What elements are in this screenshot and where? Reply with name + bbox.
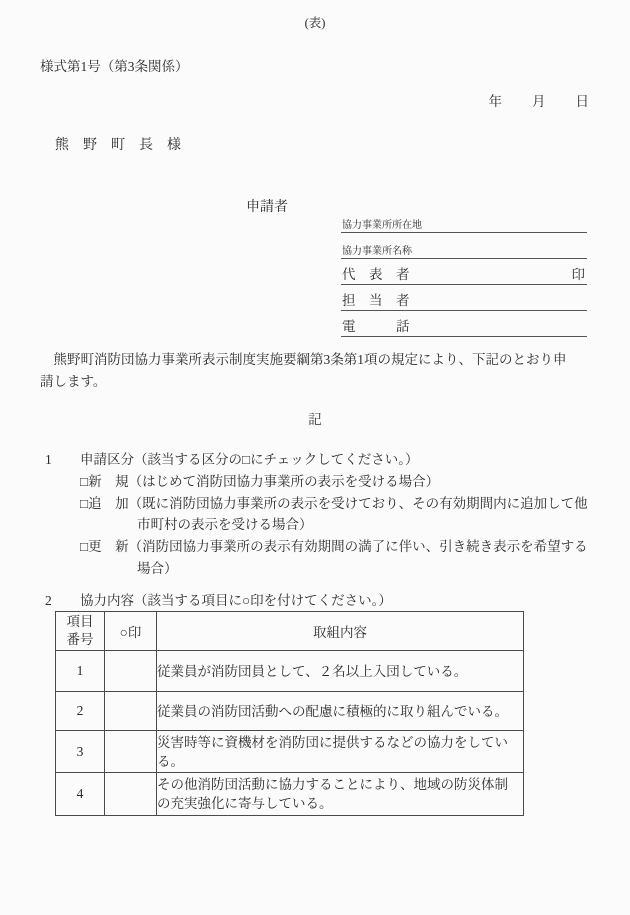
section1-number: 1	[45, 452, 80, 468]
date-placeholder-line: 年 月 日	[489, 90, 591, 110]
mark-cell	[105, 651, 157, 692]
table-row: 3 災害時等に資機材を消防団に提供するなどの協力をしてい る。	[56, 731, 524, 773]
mark-cell	[105, 692, 157, 731]
option-renewal-continuation: 場合）	[137, 557, 178, 577]
section2-title: 協力内容（該当する項目に○印を付けてください。）	[80, 593, 392, 608]
mark-cell	[105, 773, 157, 816]
option-additional-text: 追 加（既に消防団協力事業所の表示を受けており、その有効期間内に追加して他	[88, 496, 588, 511]
option-new-text: 新 規（はじめて消防団協力事業所の表示を受ける場合）	[88, 474, 439, 489]
addressee-mayor: 熊 野 町 長 様	[55, 134, 181, 154]
statement-line-2: 請します。	[40, 371, 567, 393]
applicant-fields-block: 協力事業所所在地 協力事業所名称 代 表 者 印 担 当 者 電 話	[341, 209, 587, 337]
representative-label: 代 表 者	[342, 263, 410, 283]
application-statement: 熊野町消防団協力事業所表示制度実施要綱第3条第1項の規定により、下記のとおり申 …	[40, 349, 567, 393]
statement-line-1: 熊野町消防団協力事業所表示制度実施要綱第3条第1項の規定により、下記のとおり申	[40, 349, 567, 371]
form-number: 様式第1号（第3条関係）	[40, 55, 189, 75]
section2-heading: 2協力内容（該当する項目に○印を付けてください。）	[45, 589, 392, 609]
header-item-number: 項目 番号	[56, 612, 105, 651]
checkbox-icon: □	[80, 496, 88, 511]
option-new: □新 規（はじめて消防団協力事業所の表示を受ける場合）	[80, 470, 439, 490]
header-mark: ○印	[105, 612, 157, 651]
cooperation-content-table: 項目 番号 ○印 取組内容 1 従業員が消防団員として、２名以上入団している。 …	[55, 611, 524, 816]
option-additional-continuation: 市町村の表示を受ける場合）	[137, 513, 313, 533]
content-cell: 従業員の消防団活動への配慮に積極的に取り組んでいる。	[157, 692, 524, 731]
application-form-page: (表) 様式第1号（第3条関係） 年 月 日 熊 野 町 長 様 申請者 協力事…	[0, 0, 630, 915]
field-row-representative: 代 表 者 印	[341, 259, 587, 285]
header-content: 取組内容	[157, 612, 524, 651]
section1-heading: 1申請区分（該当する区分の□にチェックしてください。）	[45, 448, 419, 468]
seal-mark: 印	[572, 263, 586, 283]
telephone-label: 電 話	[342, 315, 410, 335]
checkbox-icon: □	[80, 474, 88, 489]
content-cell: 災害時等に資機材を消防団に提供するなどの協力をしてい る。	[157, 731, 524, 773]
ki-separator-label: 記	[0, 408, 630, 428]
field-row-office-address: 協力事業所所在地	[341, 209, 587, 233]
option-additional: □追 加（既に消防団協力事業所の表示を受けており、その有効期間内に追加して他	[80, 492, 588, 512]
front-side-label: (表)	[0, 13, 630, 31]
mark-cell	[105, 731, 157, 773]
contact-person-label: 担 当 者	[342, 289, 410, 309]
option-renewal: □更 新（消防団協力事業所の表示有効期間の満了に伴い、引き続き表示を希望する	[80, 535, 588, 555]
section2-number: 2	[45, 593, 80, 609]
option-renewal-text: 更 新（消防団協力事業所の表示有効期間の満了に伴い、引き続き表示を希望する	[88, 539, 588, 554]
field-row-telephone: 電 話	[341, 311, 587, 337]
section1-title: 申請区分（該当する区分の□にチェックしてください。）	[80, 452, 419, 467]
table-row: 2 従業員の消防団活動への配慮に積極的に取り組んでいる。	[56, 692, 524, 731]
item-number-cell: 2	[56, 692, 105, 731]
item-number-cell: 3	[56, 731, 105, 773]
field-row-office-name: 協力事業所名称	[341, 233, 587, 259]
content-cell: その他消防団活動に協力することにより、地域の防災体制 の充実強化に寄与している。	[157, 773, 524, 816]
table-row: 1 従業員が消防団員として、２名以上入団している。	[56, 651, 524, 692]
applicant-section-label: 申請者	[246, 196, 288, 216]
field-row-contact-person: 担 当 者	[341, 285, 587, 311]
item-number-cell: 1	[56, 651, 105, 692]
content-cell: 従業員が消防団員として、２名以上入団している。	[157, 651, 524, 692]
item-number-cell: 4	[56, 773, 105, 816]
office-name-label: 協力事業所名称	[342, 242, 412, 257]
checkbox-icon: □	[80, 539, 88, 554]
table-row: 4 その他消防団活動に協力することにより、地域の防災体制 の充実強化に寄与してい…	[56, 773, 524, 816]
table-header-row: 項目 番号 ○印 取組内容	[56, 612, 524, 651]
office-address-label: 協力事業所所在地	[342, 216, 422, 231]
